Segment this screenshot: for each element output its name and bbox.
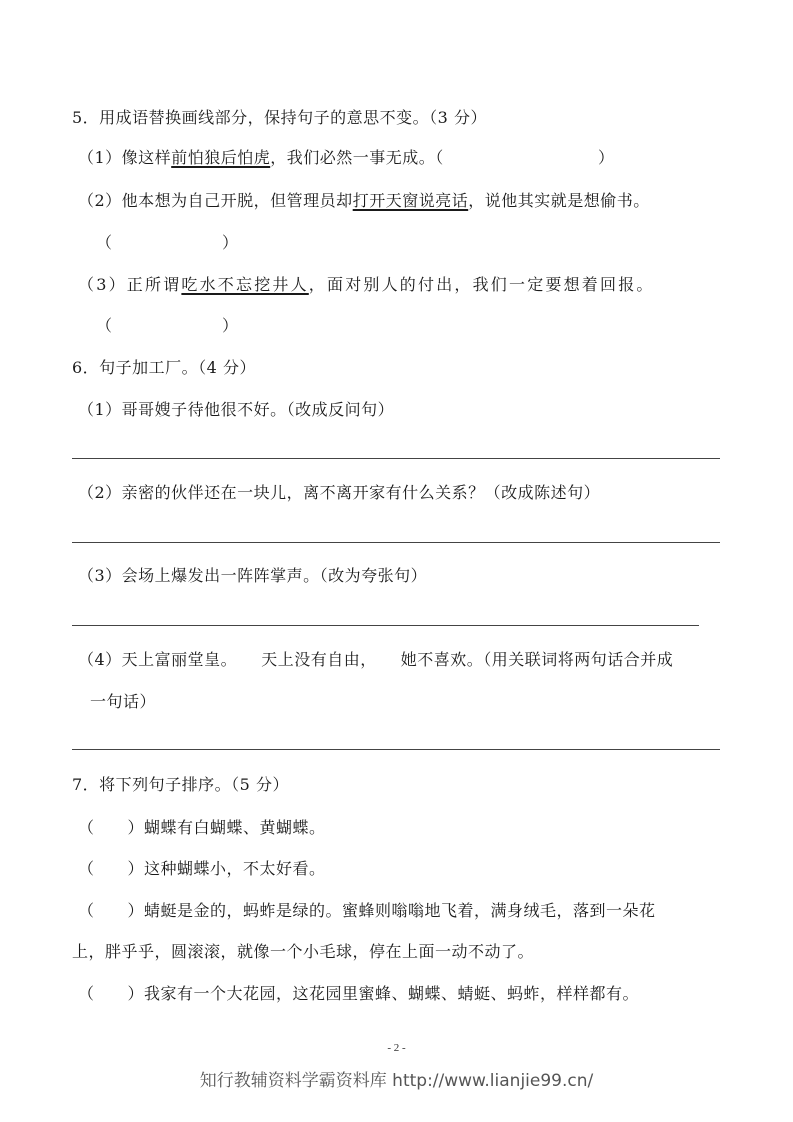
q7-item-3-continuation: 上，胖乎乎，圆滚滚，就像一个小毛球，停在上面一动不动了。 (72, 942, 534, 962)
q7-item-2: （ ）这种蝴蝶小，不太好看。 (78, 859, 326, 879)
q6-title: 6．句子加工厂。（4 分） (72, 358, 256, 378)
q7-item-1: （ ）蝴蝶有白蝴蝶、黄蝴蝶。 (78, 818, 326, 838)
q6-item-2: （2）亲密的伙伴还在一块儿，离不离开家有什么关系？（改成陈述句） (78, 483, 600, 503)
q5-item-2-suffix: ，说他其实就是想偷书。 (468, 191, 650, 210)
q7-item-3-text: 蜻蜓是金的，蚂蚱是绿的。蜜蜂则嗡嗡地飞着，满身绒毛，落到一朵花 (144, 901, 656, 920)
q7-item-4-order-blank[interactable]: （ ） (78, 984, 144, 1003)
q5-item-2-blank-open: （ (96, 233, 112, 253)
q6-item-1-answer-line[interactable] (72, 458, 720, 459)
q5-item-3-blank-close: ） (222, 316, 238, 336)
q7-item-3: （ ）蜻蜓是金的，蚂蚱是绿的。蜜蜂则嗡嗡地飞着，满身绒毛，落到一朵花 (78, 901, 656, 921)
q7-title: 7．将下列句子排序。（5 分） (72, 775, 289, 795)
q5-item-2-underlined: 打开天窗说亮话 (353, 191, 469, 210)
q5-item-1-prefix: （1）像这样 (78, 148, 171, 167)
q5-item-2: （2）他本想为自己开脱，但管理员却打开天窗说亮话，说他其实就是想偷书。 (78, 191, 650, 211)
q5-item-3-blank-open: （ (96, 316, 112, 336)
q5-item-1-blank-close: ） (598, 148, 614, 168)
q6-item-1: （1）哥哥嫂子待他很不好。（改成反问句） (78, 400, 394, 420)
q7-item-4: （ ）我家有一个大花园，这花园里蜜蜂、蝴蝶、蜻蜓、蚂蚱，样样都有。 (78, 984, 639, 1004)
q6-item-4-continuation: 一句话） (90, 692, 156, 712)
q5-item-3-prefix: （3）正所谓 (78, 275, 181, 294)
q7-item-3-order-blank[interactable]: （ ） (78, 901, 144, 920)
q5-item-2-prefix: （2）他本想为自己开脱，但管理员却 (78, 191, 353, 210)
q5-item-1-underlined: 前怕狼后怕虎 (171, 148, 270, 167)
q5-item-1: （1）像这样前怕狼后怕虎，我们必然一事无成。（ (78, 148, 444, 168)
q6-item-4-answer-line[interactable] (72, 749, 720, 750)
q6-item-4: （4）天上富丽堂皇。天上没有自由，她不喜欢。（用关联词将两句话合并成 (78, 650, 673, 670)
q7-item-1-order-blank[interactable]: （ ） (78, 818, 144, 837)
q7-item-4-text: 我家有一个大花园，这花园里蜜蜂、蝴蝶、蜻蜓、蚂蚱，样样都有。 (144, 984, 639, 1003)
q6-item-4-part-b: 天上没有自由， (261, 650, 377, 669)
q6-item-2-answer-line[interactable] (72, 542, 720, 543)
q7-item-1-text: 蝴蝶有白蝴蝶、黄蝴蝶。 (144, 818, 326, 837)
q5-item-1-suffix: ，我们必然一事无成。（ (270, 148, 444, 167)
q5-item-2-blank-close: ） (222, 233, 238, 253)
q5-item-3-suffix: ，面对别人的付出，我们一定要想着回报。 (309, 275, 655, 294)
q6-item-3: （3）会场上爆发出一阵阵掌声。（改为夸张句） (78, 566, 427, 586)
q7-item-2-text: 这种蝴蝶小，不太好看。 (144, 859, 326, 878)
q5-item-3-underlined: 吃水不忘挖井人 (181, 275, 308, 294)
q6-item-3-answer-line[interactable] (72, 625, 699, 626)
q6-item-4-part-c: 她不喜欢。（用关联词将两句话合并成 (401, 650, 674, 669)
q5-item-3: （3）正所谓吃水不忘挖井人，面对别人的付出，我们一定要想着回报。 (78, 275, 655, 295)
footer-watermark: 知行教辅资料学霸资料库 http://www.lianjie99.cn/ (0, 1066, 793, 1091)
q5-title: 5．用成语替换画线部分，保持句子的意思不变。（3 分） (72, 108, 487, 128)
page-number: - 2 - (0, 1042, 793, 1054)
q7-item-2-order-blank[interactable]: （ ） (78, 859, 144, 878)
q6-item-4-part-a: （4）天上富丽堂皇。 (78, 650, 237, 669)
